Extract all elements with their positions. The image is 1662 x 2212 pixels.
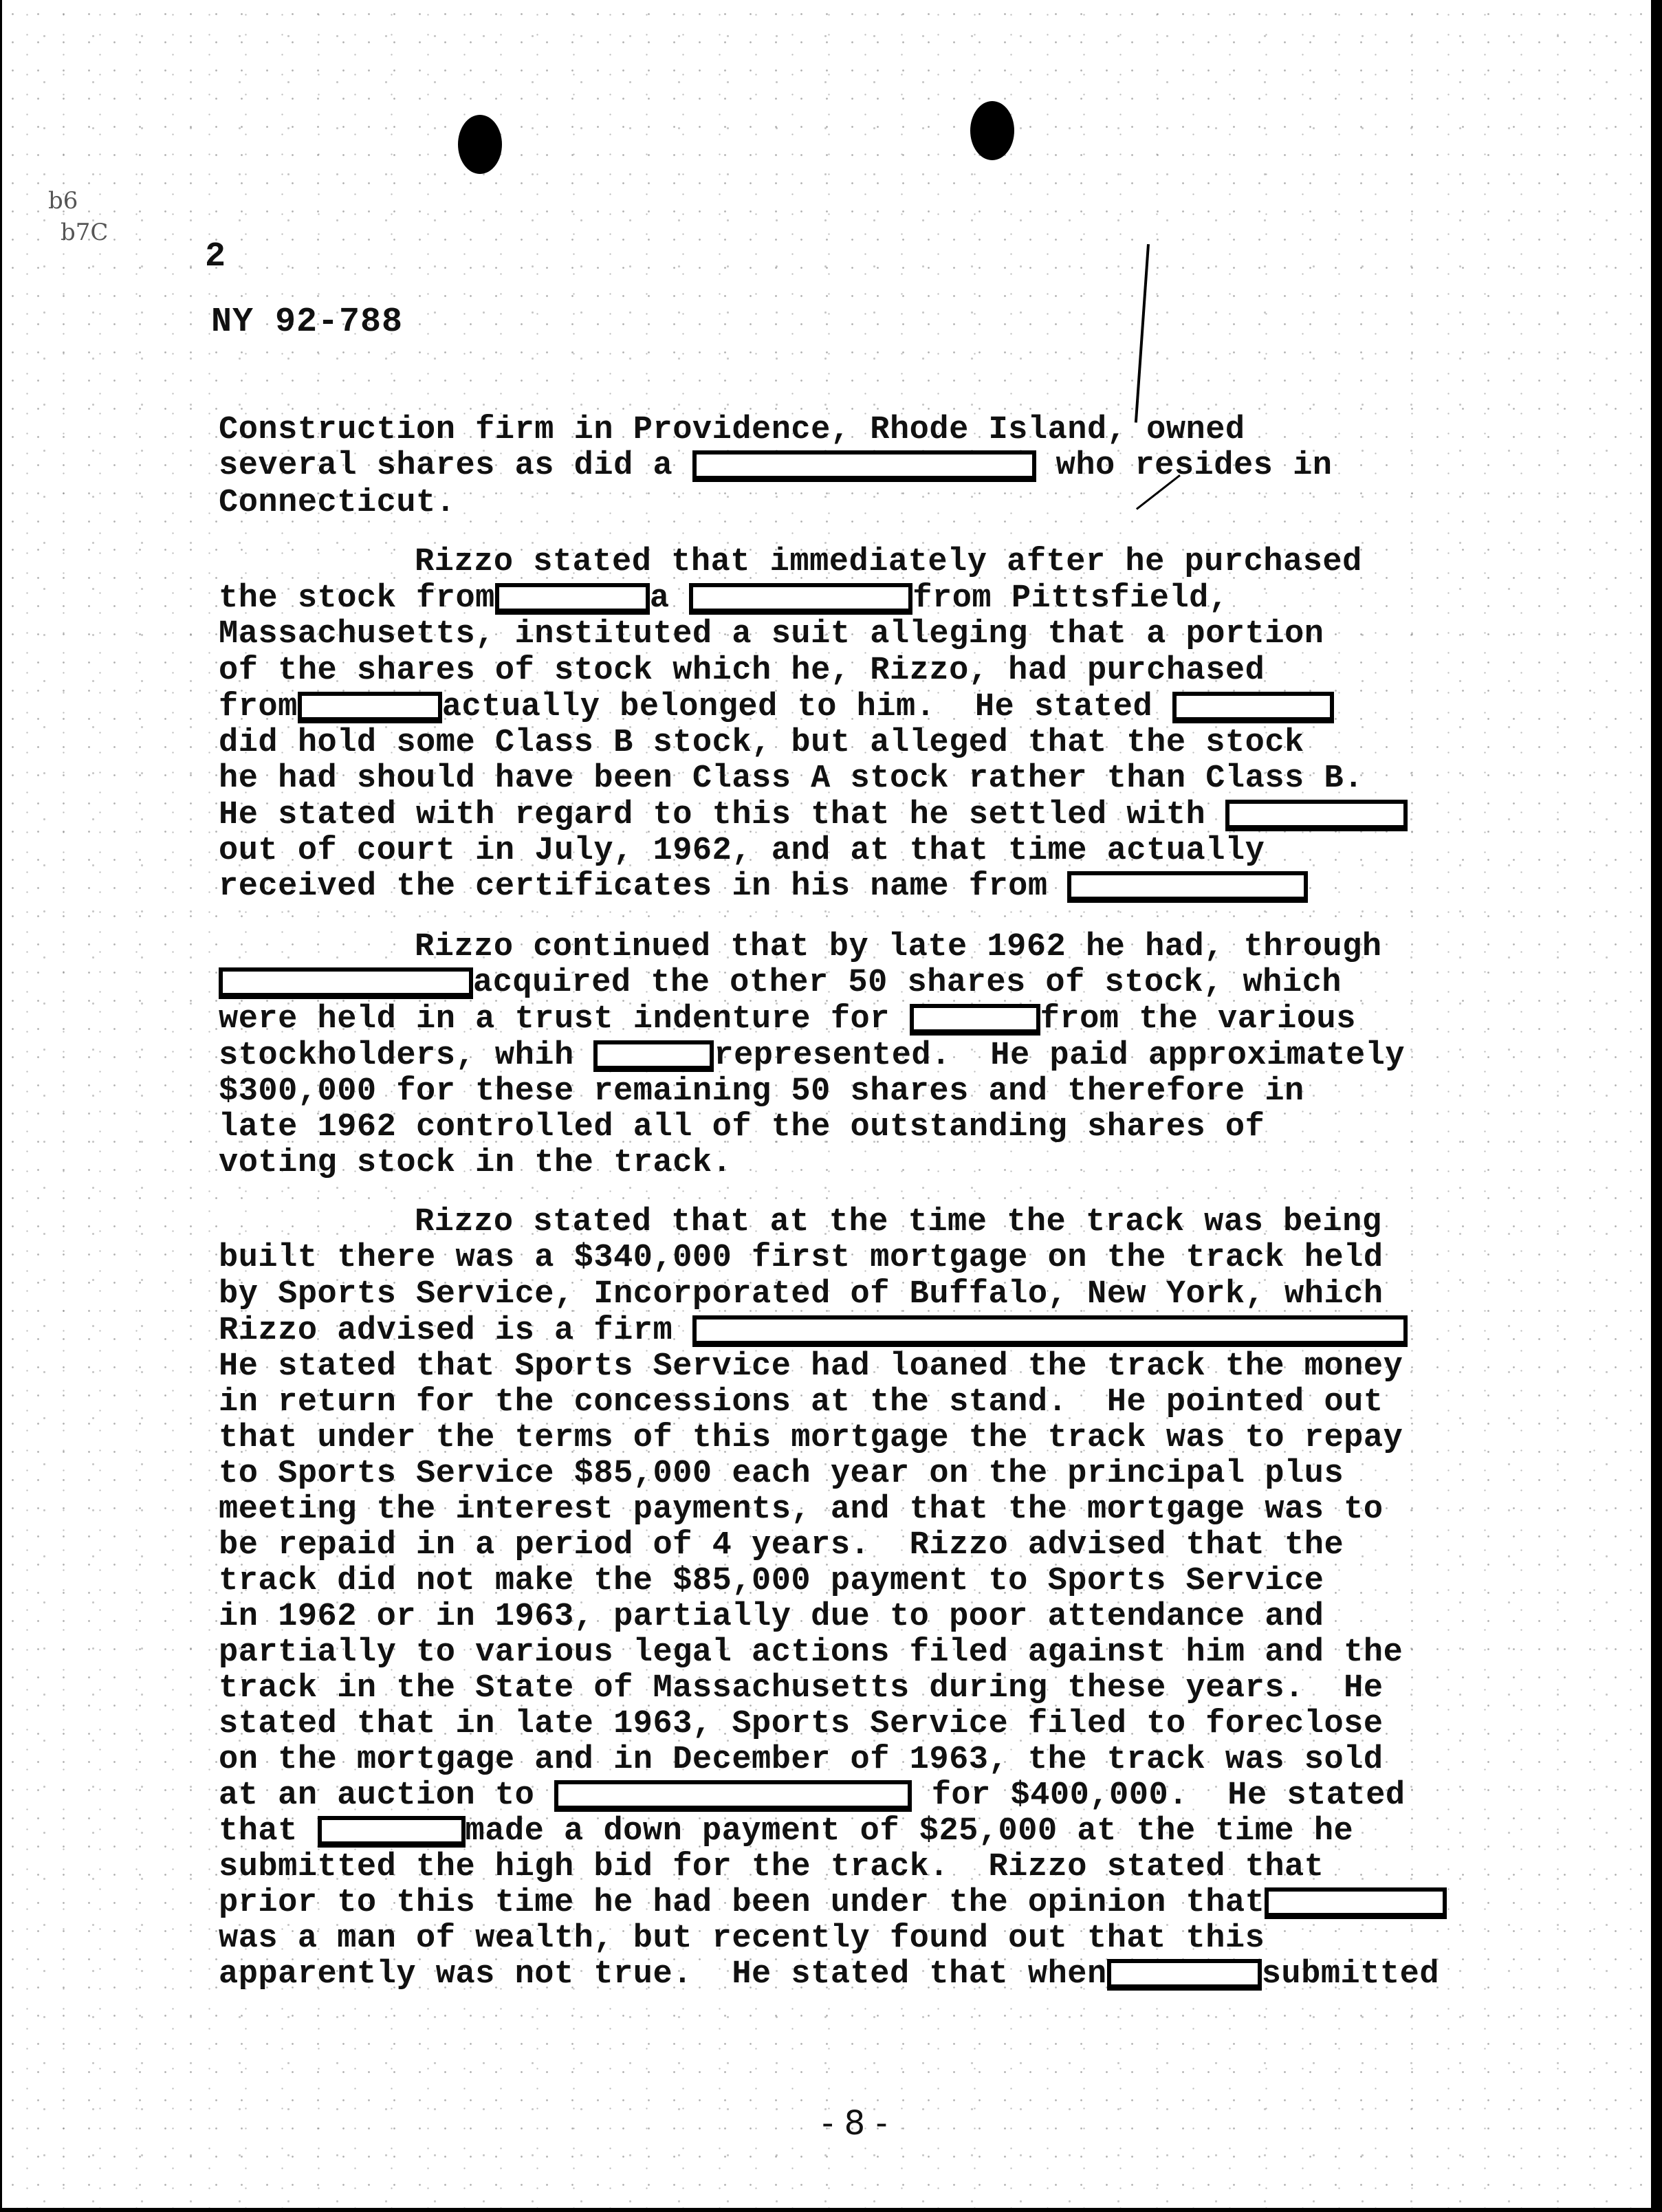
- text-segment: were held in a trust indenture for: [219, 1002, 910, 1038]
- text-segment: He stated that Sports Service had loaned…: [219, 1349, 1403, 1385]
- scan-edge-left: [0, 0, 2, 2212]
- exemption-code-b6: b6: [48, 187, 78, 215]
- document-page: b6 b7C 2 NY 92-788 Construction firm in …: [0, 0, 1662, 2212]
- text-segment: that: [219, 1814, 318, 1850]
- text-segment: to Sports Service $85,000 each year on t…: [219, 1456, 1344, 1492]
- text-line: track did not make the $85,000 payment t…: [219, 1564, 1324, 1599]
- text-line: meeting the interest payments, and that …: [219, 1492, 1384, 1528]
- scan-edge-bottom: [0, 2208, 1662, 2212]
- redaction-box: [1172, 692, 1334, 723]
- scan-edge-right: [1651, 0, 1662, 2212]
- text-line: He stated with regard to this that he se…: [219, 798, 1408, 833]
- text-line: Connecticut.: [219, 485, 455, 521]
- text-line: on the mortgage and in December of 1963,…: [219, 1742, 1384, 1778]
- text-segment: from the various: [1040, 1002, 1356, 1038]
- text-segment: he had should have been Class A stock ra…: [219, 761, 1364, 797]
- text-segment: Construction firm in Providence, Rhode I…: [219, 413, 1245, 448]
- page-number: - 8 -: [822, 2104, 888, 2143]
- redaction-box: [910, 1004, 1040, 1036]
- text-segment: Rizzo continued that by late 1962 he had…: [415, 930, 1382, 965]
- text-line: Rizzo advised is a firm: [219, 1313, 1408, 1349]
- text-line: Rizzo stated that at the time the track …: [415, 1205, 1382, 1240]
- text-line: $300,000 for these remaining 50 shares a…: [219, 1074, 1304, 1110]
- redaction-box: [1225, 800, 1408, 831]
- redaction-box: [692, 450, 1036, 482]
- text-line: of the shares of stock which he, Rizzo, …: [219, 653, 1265, 689]
- page-marker: 2: [205, 237, 226, 276]
- text-line: that under the terms of this mortgage th…: [219, 1421, 1403, 1456]
- text-line: apparently was not true. He stated that …: [219, 1957, 1439, 1993]
- text-segment: submitted the high bid for the track. Ri…: [219, 1850, 1324, 1885]
- text-line: stated that in late 1963, Sports Service…: [219, 1707, 1384, 1742]
- redaction-box: [298, 692, 442, 723]
- exemption-code-b7c: b7C: [61, 219, 108, 246]
- text-segment: built there was a $340,000 first mortgag…: [219, 1240, 1384, 1276]
- text-segment: Rizzo stated that at the time the track …: [415, 1205, 1382, 1240]
- redaction-box: [1107, 1959, 1262, 1991]
- text-line: received the certificates in his name fr…: [219, 869, 1308, 905]
- text-segment: by Sports Service, Incorporated of Buffa…: [219, 1277, 1384, 1313]
- text-line: in return for the concessions at the sta…: [219, 1385, 1384, 1421]
- text-segment: meeting the interest payments, and that …: [219, 1492, 1384, 1528]
- text-segment: late 1962 controlled all of the outstand…: [219, 1110, 1265, 1146]
- text-segment: a: [650, 581, 689, 617]
- redaction-box: [219, 967, 473, 999]
- text-line: partially to various legal actions filed…: [219, 1635, 1403, 1671]
- text-line: Rizzo stated that immediately after he p…: [415, 545, 1362, 580]
- text-segment: acquired the other 50 shares of stock, w…: [473, 965, 1342, 1001]
- text-line: Construction firm in Providence, Rhode I…: [219, 413, 1245, 448]
- text-segment: track in the State of Massachusetts duri…: [219, 1671, 1384, 1707]
- text-line: voting stock in the track.: [219, 1146, 732, 1181]
- text-line: stockholders, whih represented. He paid …: [219, 1038, 1405, 1074]
- text-line: track in the State of Massachusetts duri…: [219, 1671, 1384, 1707]
- redaction-box: [593, 1040, 714, 1072]
- text-segment: in return for the concessions at the sta…: [219, 1385, 1384, 1421]
- redaction-box: [1265, 1887, 1447, 1919]
- text-line: late 1962 controlled all of the outstand…: [219, 1110, 1265, 1146]
- text-segment: apparently was not true. He stated that …: [219, 1957, 1107, 1993]
- text-segment: received the certificates in his name fr…: [219, 869, 1067, 905]
- text-segment: several shares as did a: [219, 448, 692, 484]
- text-segment: submitted: [1262, 1957, 1439, 1993]
- text-line: several shares as did a who resides in: [219, 448, 1333, 484]
- text-segment: of the shares of stock which he, Rizzo, …: [219, 653, 1265, 689]
- text-line: submitted the high bid for the track. Ri…: [219, 1850, 1324, 1885]
- text-line: fromactually belonged to him. He stated: [219, 690, 1334, 725]
- redaction-box: [1067, 871, 1308, 903]
- text-line: built there was a $340,000 first mortgag…: [219, 1240, 1384, 1276]
- text-segment: did hold some Class B stock, but alleged…: [219, 725, 1304, 761]
- text-segment: actually belonged to him. He stated: [442, 690, 1172, 725]
- text-segment: partially to various legal actions filed…: [219, 1635, 1403, 1671]
- redaction-box: [318, 1816, 466, 1848]
- text-line: Massachusetts, instituted a suit allegin…: [219, 617, 1324, 653]
- text-segment: stockholders, whih: [219, 1038, 593, 1074]
- text-segment: on the mortgage and in December of 1963,…: [219, 1742, 1384, 1778]
- text-line: out of court in July, 1962, and at that …: [219, 833, 1265, 869]
- text-line: to Sports Service $85,000 each year on t…: [219, 1456, 1344, 1492]
- redaction-box: [554, 1780, 912, 1812]
- text-segment: voting stock in the track.: [219, 1146, 732, 1181]
- text-segment: Rizzo advised is a firm: [219, 1313, 692, 1349]
- text-line: by Sports Service, Incorporated of Buffa…: [219, 1277, 1384, 1313]
- text-segment: track did not make the $85,000 payment t…: [219, 1564, 1324, 1599]
- text-segment: be repaid in a period of 4 years. Rizzo …: [219, 1528, 1344, 1564]
- text-segment: in 1962 or in 1963, partially due to poo…: [219, 1599, 1324, 1635]
- text-line: be repaid in a period of 4 years. Rizzo …: [219, 1528, 1344, 1564]
- text-segment: from Pittsfield,: [912, 581, 1228, 617]
- punch-hole-right: [970, 101, 1014, 160]
- redaction-box: [689, 583, 912, 615]
- text-line: that made a down payment of $25,000 at t…: [219, 1814, 1353, 1850]
- text-line: prior to this time he had been under the…: [219, 1885, 1447, 1921]
- text-segment: from: [219, 690, 298, 725]
- text-segment: stated that in late 1963, Sports Service…: [219, 1707, 1384, 1742]
- text-line: were held in a trust indenture for from …: [219, 1002, 1356, 1038]
- redaction-box: [495, 583, 650, 615]
- text-segment: made a down payment of $25,000 at the ti…: [466, 1814, 1354, 1850]
- text-segment: out of court in July, 1962, and at that …: [219, 833, 1265, 869]
- text-segment: the stock from: [219, 581, 495, 617]
- file-number: NY 92-788: [211, 303, 403, 342]
- text-line: Rizzo continued that by late 1962 he had…: [415, 930, 1382, 965]
- text-line: in 1962 or in 1963, partially due to poo…: [219, 1599, 1324, 1635]
- text-segment: Massachusetts, instituted a suit allegin…: [219, 617, 1324, 653]
- text-line: He stated that Sports Service had loaned…: [219, 1349, 1403, 1385]
- text-line: the stock froma from Pittsfield,: [219, 581, 1229, 617]
- text-line: was a man of wealth, but recently found …: [219, 1921, 1265, 1957]
- text-segment: was a man of wealth, but recently found …: [219, 1921, 1265, 1957]
- text-segment: at an auction to: [219, 1778, 554, 1814]
- text-segment: for $400,000. He stated: [912, 1778, 1406, 1814]
- punch-hole-left: [458, 115, 502, 174]
- text-segment: represented. He paid approximately: [714, 1038, 1405, 1074]
- text-line: did hold some Class B stock, but alleged…: [219, 725, 1304, 761]
- text-line: acquired the other 50 shares of stock, w…: [219, 965, 1342, 1001]
- redaction-box: [692, 1315, 1408, 1347]
- text-segment: He stated with regard to this that he se…: [219, 798, 1225, 833]
- text-segment: who resides in: [1036, 448, 1333, 484]
- text-line: at an auction to for $400,000. He stated: [219, 1778, 1406, 1814]
- text-segment: that under the terms of this mortgage th…: [219, 1421, 1403, 1456]
- text-segment: $300,000 for these remaining 50 shares a…: [219, 1074, 1304, 1110]
- text-line: he had should have been Class A stock ra…: [219, 761, 1364, 797]
- text-segment: Rizzo stated that immediately after he p…: [415, 545, 1362, 580]
- text-segment: prior to this time he had been under the…: [219, 1885, 1265, 1921]
- text-segment: Connecticut.: [219, 485, 455, 521]
